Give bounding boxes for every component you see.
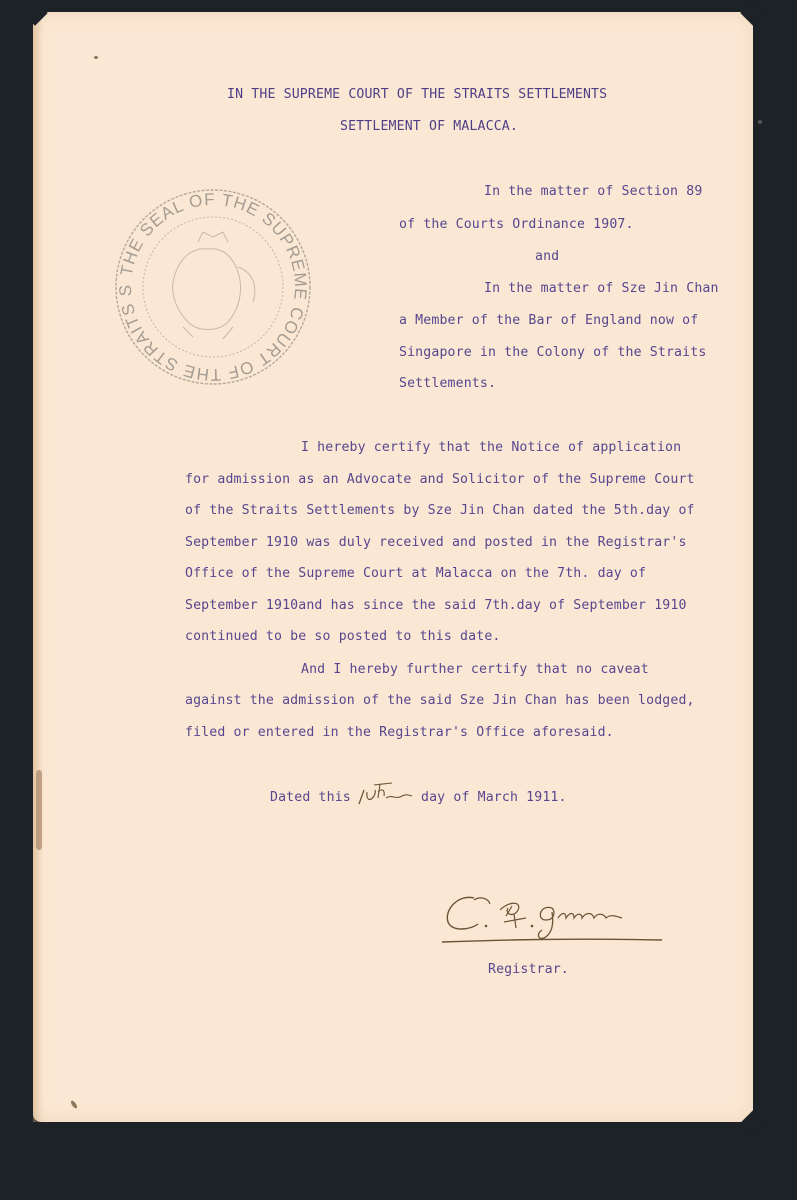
certificate-line: Office of the Supreme Court at Malacca o… — [185, 567, 646, 580]
certificate-line: for admission as an Advocate and Solicit… — [185, 473, 695, 486]
matter-bar-member: a Member of the Bar of England now of — [399, 314, 698, 327]
certificate-line: I hereby certify that the Notice of appl… — [301, 441, 681, 454]
dated-prefix: Dated this — [270, 791, 351, 804]
registrar-signature: C. G. Green — [440, 890, 670, 950]
matter-ordinance: of the Courts Ordinance 1907. — [399, 218, 634, 231]
certificate-line: against the admission of the said Sze Ji… — [185, 694, 695, 707]
court-seal-icon: THE SEAL OF THE SUPREME COURT OF THE STR… — [113, 187, 313, 387]
matter-section: In the matter of Section 89 — [484, 185, 702, 198]
certificate-line: And I hereby further certify that no cav… — [301, 663, 649, 676]
certificate-line: continued to be so posted to this date. — [185, 630, 501, 643]
certificate-line: of the Straits Settlements by Sze Jin Ch… — [185, 504, 695, 517]
handwritten-day: 10th — [352, 780, 414, 808]
matter-settlements: Settlements. — [399, 377, 496, 390]
paper-speck — [758, 120, 762, 124]
certificate-line: September 1910 was duly received and pos… — [185, 536, 687, 549]
certificate-line: filed or entered in the Registrar's Offi… — [185, 726, 614, 739]
court-heading: IN THE SUPREME COURT OF THE STRAITS SETT… — [227, 88, 607, 101]
certificate-line: September 1910and has since the said 7th… — [185, 599, 687, 612]
registrar-title: Registrar. — [488, 963, 569, 976]
settlement-heading: SETTLEMENT OF MALACCA. — [340, 120, 518, 133]
paper-speck — [94, 56, 98, 59]
dated-suffix: day of March 1911. — [421, 791, 567, 804]
matter-person: In the matter of Sze Jin Chan — [484, 282, 719, 295]
matter-singapore: Singapore in the Colony of the Straits — [399, 346, 706, 359]
edge-stain — [36, 770, 42, 850]
matter-and: and — [535, 250, 559, 263]
